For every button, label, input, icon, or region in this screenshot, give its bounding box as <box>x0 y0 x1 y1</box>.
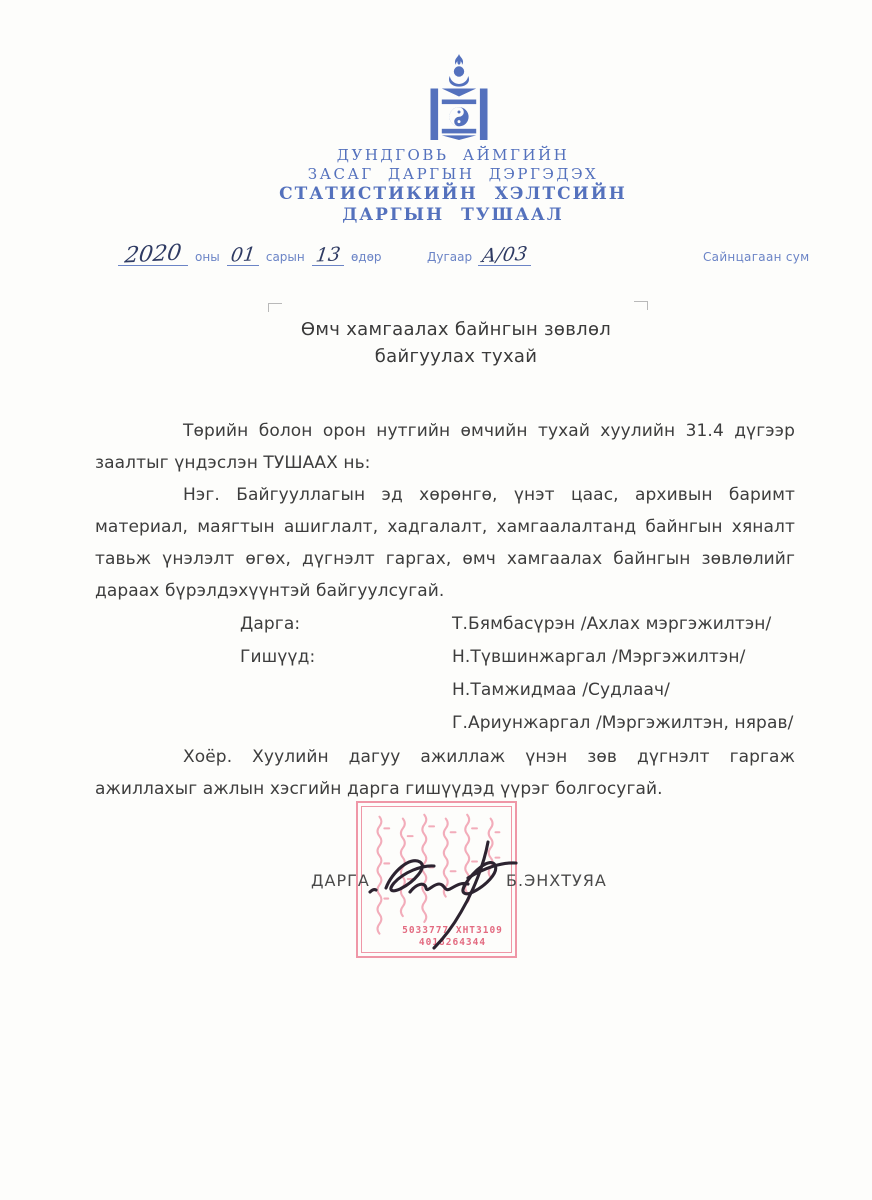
handwritten-month: 01 <box>229 245 256 264</box>
paragraph-clause-two: Хоёр. Хуулийн дагуу ажиллаж үнэн зөв дүг… <box>95 741 795 805</box>
corner-bracket-left <box>268 303 282 312</box>
member-row: Н.Тамжидмаа /Судлаач/ <box>240 674 795 707</box>
year-label: оны <box>195 250 220 264</box>
signer-name: Б.ЭНХТУЯА <box>506 871 607 890</box>
member-role: Гишүүд: <box>240 641 452 674</box>
date-fields: 2020 оны 01 сарын 13 өдөр <box>118 246 382 266</box>
member-role <box>240 674 452 707</box>
member-role: Дарга: <box>240 608 452 641</box>
title-line2: байгуулах тухай <box>40 343 872 370</box>
handwritten-day: 13 <box>315 245 342 264</box>
org-name-line1: ДУНДГОВЬ АЙМГИЙН <box>34 146 872 165</box>
dateline: 2020 оны 01 сарын 13 өдөр Дугаар А/03 Са… <box>0 238 872 272</box>
handwritten-year: 2020 <box>124 245 183 266</box>
corner-bracket-right <box>634 301 648 310</box>
location-label: Сайнцагаан сум <box>703 250 810 264</box>
moon-icon <box>449 76 469 87</box>
member-name: Т.Бямбасүрэн /Ахлах мэргэжилтэн/ <box>452 608 771 641</box>
handwritten-number: А/03 <box>481 245 529 265</box>
letterhead: ДУНДГОВЬ АЙМГИЙН ЗАСАГ ДАРГЫН ДЭРГЭДЭХ С… <box>0 146 872 226</box>
year-field: 2020 <box>118 246 188 266</box>
document-number: Дугаар А/03 <box>427 246 531 266</box>
number-label: Дугаар <box>427 250 472 264</box>
member-name: Г.Ариунжаргал /Мэргэжилтэн, нярав/ <box>452 707 793 740</box>
council-members-list: Дарга: Т.Бямбасүрэн /Ахлах мэргэжилтэн/ … <box>240 608 795 740</box>
soyombo-emblem <box>430 54 488 140</box>
day-field: 13 <box>312 246 344 266</box>
paragraph-clause-one: Нэг. Байгууллагын эд хөрөнгө, үнэт цаас,… <box>95 479 795 607</box>
flame-icon <box>455 54 463 65</box>
scanned-document-page: ДУНДГОВЬ АЙМГИЙН ЗАСАГ ДАРГЫН ДЭРГЭДЭХ С… <box>0 0 872 1200</box>
day-label: өдөр <box>351 250 382 264</box>
doc-type-line1: СТАТИСТИКИЙН ХЭЛТСИЙН <box>34 184 872 205</box>
document-title: Өмч хамгаалах байнгын зөвлөл байгуулах т… <box>0 316 872 370</box>
member-row: Г.Ариунжаргал /Мэргэжилтэн, нярав/ <box>240 707 795 740</box>
paragraph-preamble: Төрийн болон орон нутгийн өмчийн тухай х… <box>95 415 795 479</box>
number-field: А/03 <box>478 246 531 266</box>
member-row: Дарга: Т.Бямбасүрэн /Ахлах мэргэжилтэн/ <box>240 608 795 641</box>
member-row: Гишүүд: Н.Түвшинжаргал /Мэргэжилтэн/ <box>240 641 795 674</box>
org-name-line2: ЗАСАГ ДАРГЫН ДЭРГЭДЭХ <box>34 165 872 184</box>
document-body: Төрийн болон орон нутгийн өмчийн тухай х… <box>95 415 795 805</box>
sun-icon <box>454 66 464 76</box>
member-role <box>240 707 452 740</box>
doc-type-line2: ДАРГЫН ТУШААЛ <box>34 205 872 226</box>
month-label: сарын <box>266 250 305 264</box>
month-field: 01 <box>227 246 259 266</box>
member-name: Н.Тамжидмаа /Судлаач/ <box>452 674 670 707</box>
handwritten-signature <box>364 828 540 960</box>
signer-role: ДАРГА <box>311 871 370 890</box>
member-name: Н.Түвшинжаргал /Мэргэжилтэн/ <box>452 641 745 674</box>
title-line1: Өмч хамгаалах байнгын зөвлөл <box>40 316 872 343</box>
